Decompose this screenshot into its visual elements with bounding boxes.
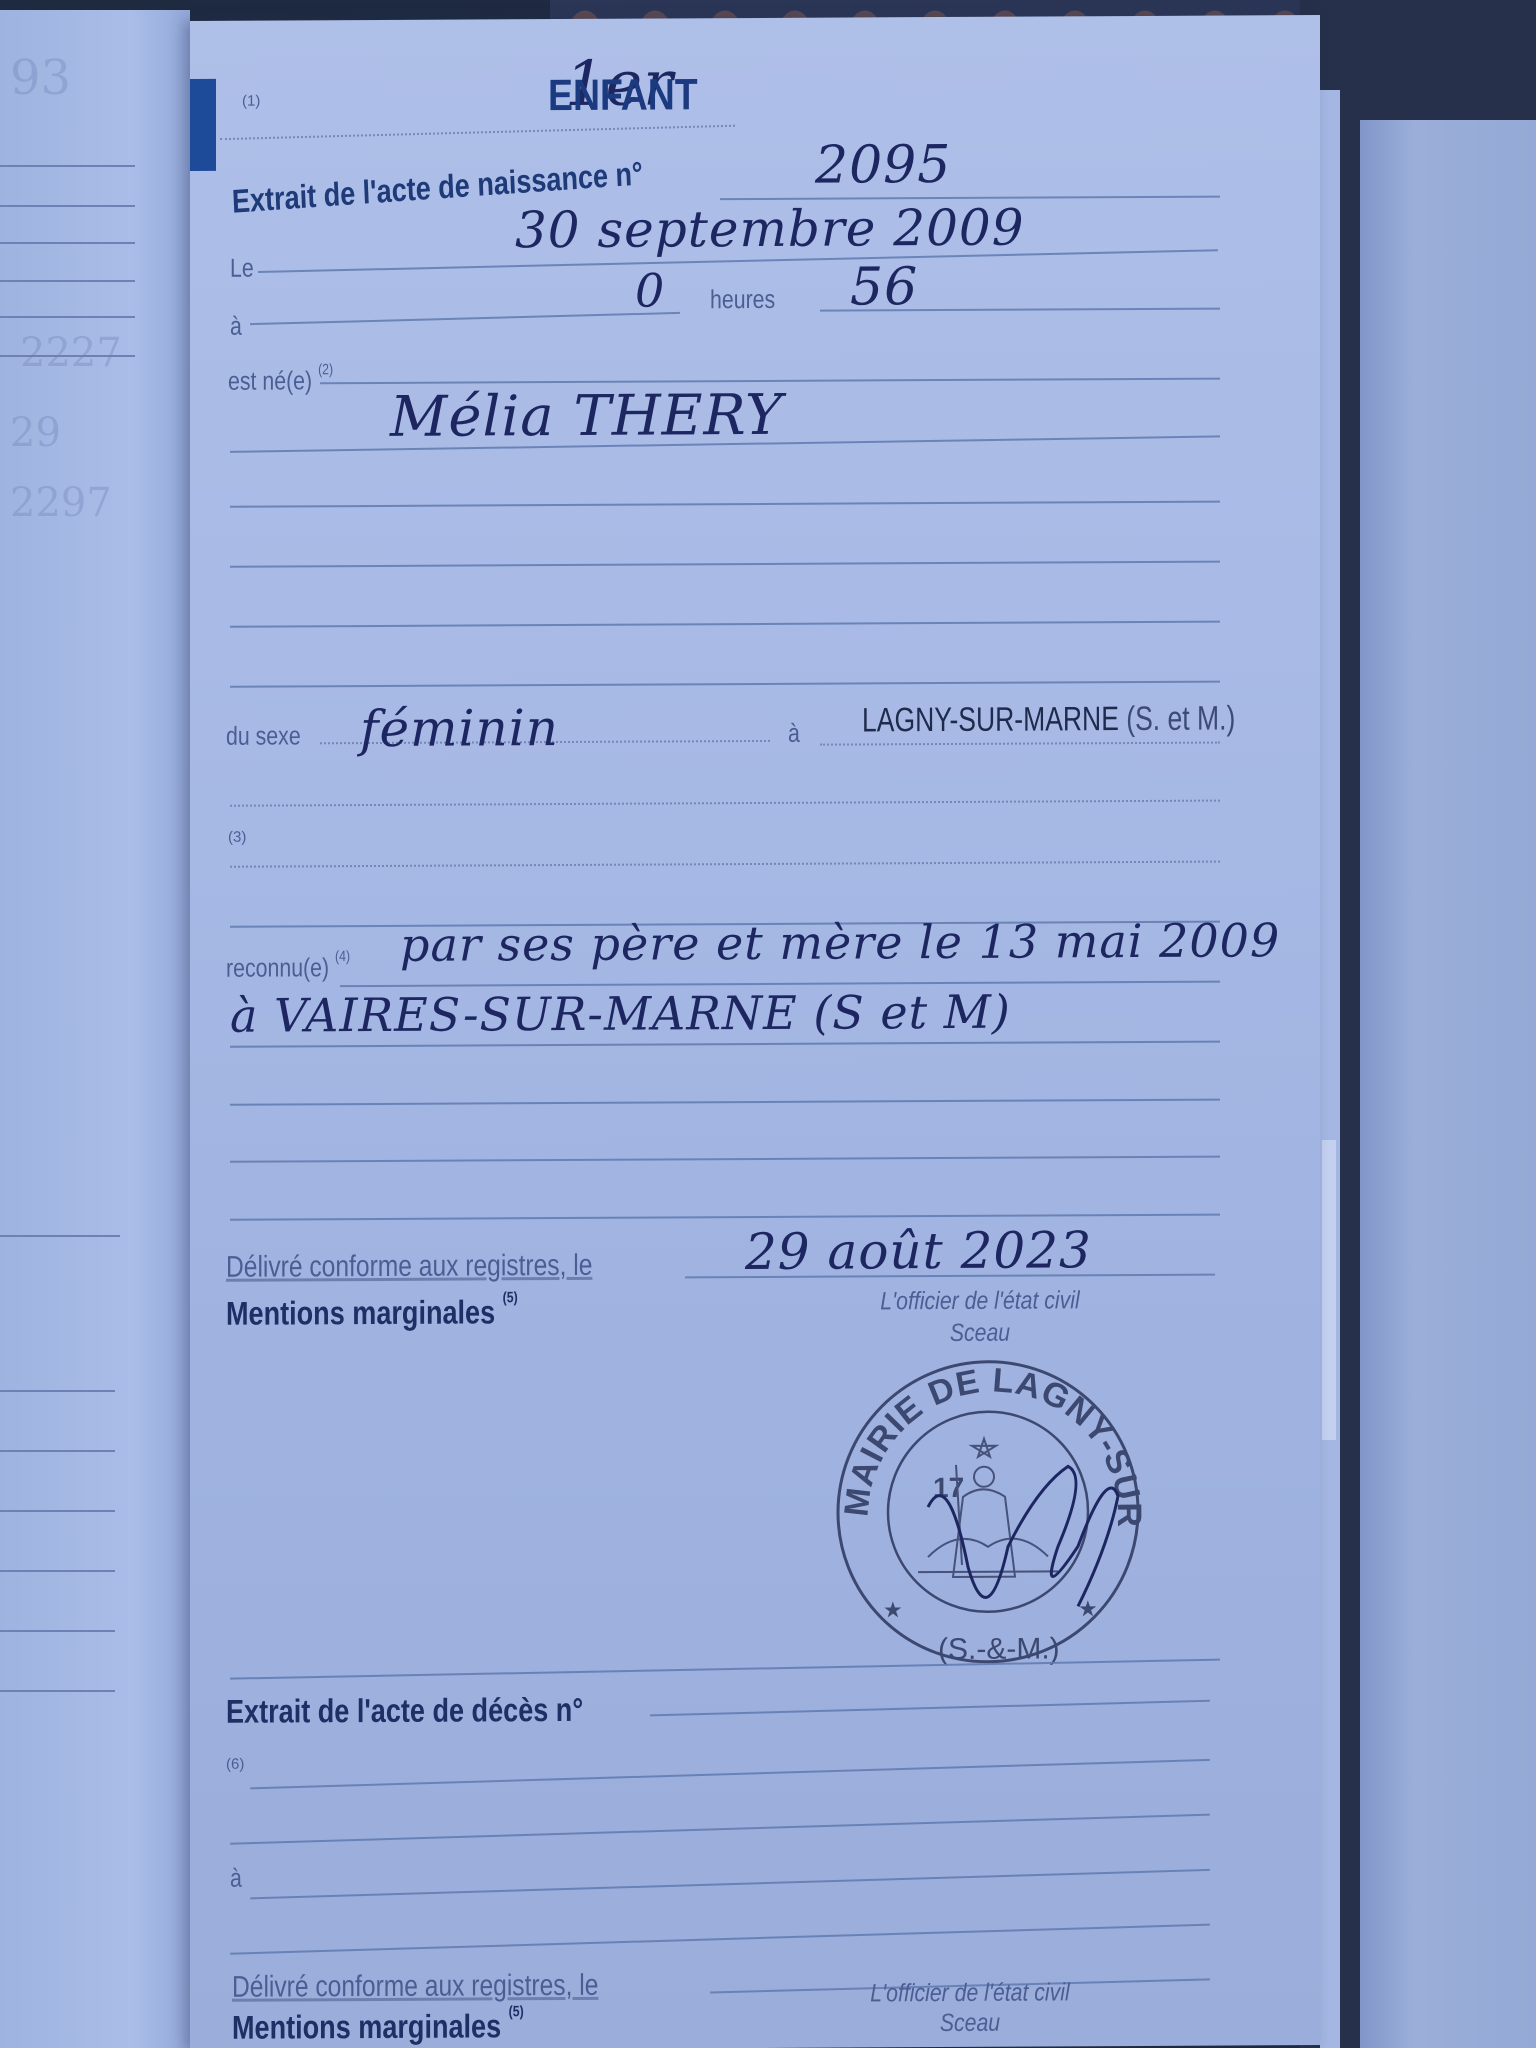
blank-rule: [230, 1156, 1220, 1163]
section-title: ENFANT: [548, 70, 698, 121]
left-page-rule: [0, 1510, 115, 1512]
death-act-number-rule: [650, 1700, 1210, 1717]
ordinal-rule: [220, 125, 735, 140]
blank-rule: [230, 1099, 1220, 1106]
stamp-number: 17: [933, 1472, 964, 1503]
recognized-text-line-2[interactable]: à VAIRES-SUR-MARNE (S et M): [230, 985, 1011, 1043]
sex-label: du sexe: [226, 720, 301, 751]
left-page-rule: [0, 1630, 115, 1632]
recognized-label: reconnu(e) (4): [226, 952, 350, 984]
death-rule: [230, 1924, 1210, 1955]
death-issued-label: Délivré conforme aux registres, le: [232, 1969, 598, 2005]
child-name[interactable]: Mélia THERY: [390, 383, 783, 450]
issued-date[interactable]: 29 août 2023: [745, 1221, 1092, 1281]
star-icon: ★: [883, 1597, 903, 1622]
left-page-faint-mark: 2227: [20, 330, 122, 376]
death-rule: [230, 1814, 1210, 1845]
right-insert-sheet: [1320, 90, 1340, 2048]
footnote-marker-1: (1): [242, 93, 260, 110]
date-label: Le: [230, 253, 254, 284]
right-insert-tab: [1322, 1140, 1336, 1440]
seal-label: Sceau: [844, 1318, 1116, 1348]
death-rule: [250, 1869, 1210, 1899]
blank-rule: [230, 501, 1220, 508]
blank-rule: [230, 1214, 1220, 1221]
left-page-rule: [0, 1690, 115, 1692]
left-page-rule: [0, 165, 135, 167]
birth-date[interactable]: 30 septembre 2009: [515, 199, 1025, 260]
child-sex[interactable]: féminin: [360, 699, 559, 758]
birth-place: LAGNY-SUR-MARNE (S. et M.): [862, 699, 1235, 740]
time-label: à: [230, 311, 242, 342]
left-page-faint-mark: 29: [10, 410, 61, 456]
issued-label: Délivré conforme aux registres, le: [226, 1249, 592, 1285]
born-label: est né(e) (2): [228, 365, 333, 397]
hours-rule: [250, 312, 680, 325]
death-place-label: à: [230, 1863, 242, 1894]
officer-label: L'officier de l'état civil: [844, 1286, 1116, 1316]
left-page-rule: [0, 316, 135, 318]
death-officer-label: L'officier de l'état civil: [834, 1978, 1106, 2008]
footnote-marker-3: (3): [228, 829, 246, 846]
footnote-marker-6: (6): [226, 1756, 244, 1773]
marginal-mentions-heading: Mentions marginales (5): [226, 1293, 518, 1333]
birth-minutes[interactable]: 56: [850, 257, 918, 317]
blank-rule: [230, 861, 1220, 868]
blank-rule: [230, 681, 1220, 688]
left-page: 93 2227 29 2297: [0, 10, 190, 2048]
place-label: à: [788, 718, 800, 749]
left-page-rule: [0, 1235, 120, 1237]
death-seal-label: Sceau: [834, 2008, 1106, 2038]
death-rule: [250, 1759, 1210, 1789]
right-page: [1360, 120, 1536, 2048]
blank-rule: [230, 800, 1220, 807]
section-tab-marker: [190, 79, 216, 171]
left-page-faint-mark: 93: [10, 50, 71, 106]
left-page-rule: [0, 1570, 115, 1572]
left-page-rule: [0, 1450, 115, 1452]
recognized-text-line-1[interactable]: par ses père et mère le 13 mai 2009: [400, 913, 1280, 972]
left-page-rule: [0, 242, 135, 244]
birth-act-number[interactable]: 2095: [815, 135, 951, 196]
hours-label: heures: [710, 284, 775, 315]
blank-rule: [230, 561, 1220, 568]
left-page-rule: [0, 1390, 115, 1392]
marianne-seal-icon: [918, 1438, 1058, 1577]
stamp-bottom-text: (S.-&-M.): [938, 1632, 1060, 1666]
stamp-outer-text: MAIRIE DE LAGNY-SUR-MARNE: [828, 1346, 1148, 1530]
place-rule: [820, 742, 1220, 746]
birth-hours[interactable]: 0: [635, 263, 665, 317]
death-marginal-mentions-heading: Mentions marginales (5): [232, 2007, 524, 2047]
left-page-rule: [0, 205, 135, 207]
left-page-rule: [0, 280, 135, 282]
blank-rule: [230, 621, 1220, 628]
svg-text:MAIRIE DE LAGNY-SUR-MARNE: MAIRIE DE LAGNY-SUR-MARNE: [828, 1346, 1148, 1530]
livret-page-enfant: (1) 1er ENFANT Extrait de l'acte de nais…: [190, 15, 1320, 2048]
death-extract-heading: Extrait de l'acte de décès n°: [226, 1691, 583, 1731]
mairie-seal-stamp: MAIRIE DE LAGNY-SUR-MARNE 17 ★ ★ (S.-&-M…: [828, 1346, 1158, 1678]
left-page-faint-mark: 2297: [10, 480, 112, 526]
